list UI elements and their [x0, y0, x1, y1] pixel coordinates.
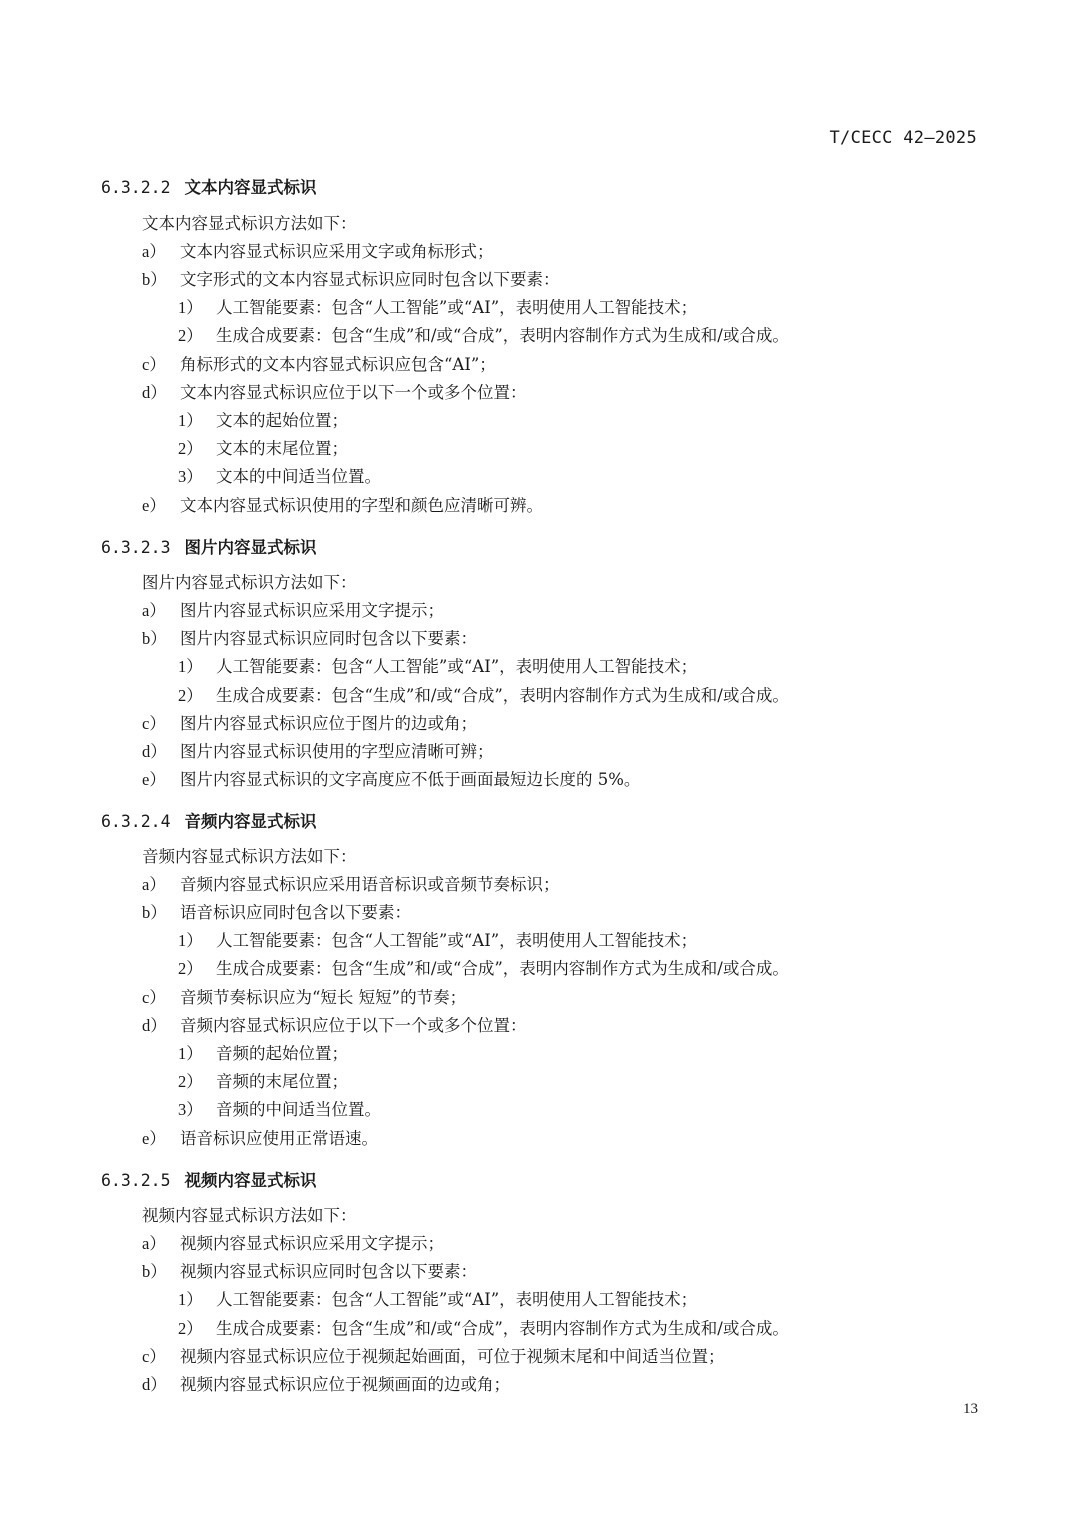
list-item: d）文本内容显式标识应位于以下一个或多个位置：: [142, 382, 527, 404]
item-text: 生成合成要素：包含“生成”和/或“合成”，表明内容制作方式为生成和/或合成。: [216, 1319, 789, 1338]
item-text: 生成合成要素：包含“生成”和/或“合成”，表明内容制作方式为生成和/或合成。: [216, 686, 789, 705]
item-marker: 2）: [178, 1318, 216, 1340]
section-number: 6.3.2.3: [101, 538, 171, 557]
section-heading: 6.3.2.4音频内容显式标识: [101, 811, 317, 833]
sub-item: 2）生成合成要素：包含“生成”和/或“合成”，表明内容制作方式为生成和/或合成。: [178, 958, 789, 980]
item-marker: d）: [142, 382, 180, 404]
item-marker: a）: [142, 241, 180, 263]
list-item: e）图片内容显式标识的文字高度应不低于画面最短边长度的 5%。: [142, 769, 640, 791]
item-marker: c）: [142, 1346, 180, 1368]
item-text: 音频节奏标识应为“短长 短短”的节奏；: [180, 988, 466, 1007]
sub-item: 1）人工智能要素：包含“人工智能”或“AI”，表明使用人工智能技术；: [178, 297, 697, 319]
item-marker: 1）: [178, 1289, 216, 1311]
item-marker: 2）: [178, 1071, 216, 1093]
item-marker: a）: [142, 1233, 180, 1255]
item-text: 图片内容显式标识应位于图片的边或角；: [180, 714, 477, 733]
list-item: a）文本内容显式标识应采用文字或角标形式；: [142, 241, 494, 263]
item-marker: c）: [142, 987, 180, 1009]
item-text: 音频内容显式标识应采用语音标识或音频节奏标识；: [180, 875, 560, 894]
list-item: c）视频内容显式标识应位于视频起始画面，可位于视频末尾和中间适当位置；: [142, 1346, 725, 1368]
sub-item: 2）文本的末尾位置；: [178, 438, 348, 460]
item-text: 图片内容显式标识使用的字型应清晰可辨；: [180, 742, 494, 761]
section-intro: 文本内容显式标识方法如下：: [142, 213, 357, 235]
item-marker: e）: [142, 769, 180, 791]
item-marker: b）: [142, 1261, 180, 1283]
list-item: c）角标形式的文本内容显式标识应包含“AI”；: [142, 354, 496, 376]
item-marker: c）: [142, 713, 180, 735]
item-marker: 2）: [178, 685, 216, 707]
list-item: c）音频节奏标识应为“短长 短短”的节奏；: [142, 987, 466, 1009]
item-marker: a）: [142, 600, 180, 622]
section-number: 6.3.2.5: [101, 1171, 171, 1190]
list-item: d）图片内容显式标识使用的字型应清晰可辨；: [142, 741, 494, 763]
item-text: 生成合成要素：包含“生成”和/或“合成”，表明内容制作方式为生成和/或合成。: [216, 959, 789, 978]
item-text: 文本的中间适当位置。: [216, 467, 381, 486]
sub-item: 3）文本的中间适当位置。: [178, 466, 381, 488]
section-heading: 6.3.2.3图片内容显式标识: [101, 537, 317, 559]
sub-item: 2）生成合成要素：包含“生成”和/或“合成”，表明内容制作方式为生成和/或合成。: [178, 325, 789, 347]
item-marker: c）: [142, 354, 180, 376]
item-text: 文本内容显式标识应采用文字或角标形式；: [180, 242, 494, 261]
item-text: 图片内容显式标识的文字高度应不低于画面最短边长度的 5%。: [180, 770, 640, 789]
item-text: 角标形式的文本内容显式标识应包含“AI”；: [180, 355, 496, 374]
list-item: b）视频内容显式标识应同时包含以下要素：: [142, 1261, 477, 1283]
item-text: 视频内容显式标识应位于视频画面的边或角；: [180, 1375, 510, 1394]
item-text: 语音标识应使用正常语速。: [180, 1129, 378, 1148]
list-item: c）图片内容显式标识应位于图片的边或角；: [142, 713, 477, 735]
list-item: d）视频内容显式标识应位于视频画面的边或角；: [142, 1374, 510, 1396]
section-intro: 音频内容显式标识方法如下：: [142, 846, 357, 868]
item-text: 音频的中间适当位置。: [216, 1100, 381, 1119]
section-title: 文本内容显式标识: [185, 178, 317, 197]
item-text: 音频的起始位置；: [216, 1044, 348, 1063]
item-marker: a）: [142, 874, 180, 896]
list-item: b）文字形式的文本内容显式标识应同时包含以下要素：: [142, 269, 560, 291]
section-intro: 视频内容显式标识方法如下：: [142, 1205, 357, 1227]
section-title: 图片内容显式标识: [185, 538, 317, 557]
item-marker: e）: [142, 495, 180, 517]
sub-item: 2）音频的末尾位置；: [178, 1071, 348, 1093]
item-marker: 3）: [178, 466, 216, 488]
section-title: 音频内容显式标识: [185, 812, 317, 831]
item-marker: b）: [142, 628, 180, 650]
sub-item: 1）音频的起始位置；: [178, 1043, 348, 1065]
item-marker: d）: [142, 1374, 180, 1396]
item-text: 图片内容显式标识应采用文字提示；: [180, 601, 444, 620]
item-text: 视频内容显式标识应采用文字提示；: [180, 1234, 444, 1253]
sub-item: 1）人工智能要素：包含“人工智能”或“AI”，表明使用人工智能技术；: [178, 656, 697, 678]
item-text: 文本的末尾位置；: [216, 439, 348, 458]
item-text: 音频的末尾位置；: [216, 1072, 348, 1091]
list-item: a）音频内容显式标识应采用语音标识或音频节奏标识；: [142, 874, 560, 896]
list-item: a）图片内容显式标识应采用文字提示；: [142, 600, 444, 622]
item-text: 视频内容显式标识应位于视频起始画面，可位于视频末尾和中间适当位置；: [180, 1347, 725, 1366]
item-marker: 3）: [178, 1099, 216, 1121]
section-heading: 6.3.2.2文本内容显式标识: [101, 177, 317, 199]
item-marker: 1）: [178, 410, 216, 432]
item-text: 音频内容显式标识应位于以下一个或多个位置：: [180, 1016, 527, 1035]
item-text: 视频内容显式标识应同时包含以下要素：: [180, 1262, 477, 1281]
item-marker: b）: [142, 902, 180, 924]
item-text: 人工智能要素：包含“人工智能”或“AI”，表明使用人工智能技术；: [216, 298, 697, 317]
item-text: 文字形式的文本内容显式标识应同时包含以下要素：: [180, 270, 560, 289]
list-item: e）文本内容显式标识使用的字型和颜色应清晰可辨。: [142, 495, 543, 517]
item-marker: d）: [142, 1015, 180, 1037]
section-intro: 图片内容显式标识方法如下：: [142, 572, 357, 594]
section-number: 6.3.2.4: [101, 812, 171, 831]
item-marker: 2）: [178, 438, 216, 460]
item-marker: 1）: [178, 1043, 216, 1065]
sub-item: 2）生成合成要素：包含“生成”和/或“合成”，表明内容制作方式为生成和/或合成。: [178, 685, 789, 707]
item-marker: 1）: [178, 656, 216, 678]
item-marker: 2）: [178, 325, 216, 347]
sub-item: 1）文本的起始位置；: [178, 410, 348, 432]
list-item: b）图片内容显式标识应同时包含以下要素：: [142, 628, 477, 650]
section-heading: 6.3.2.5视频内容显式标识: [101, 1170, 317, 1192]
sub-item: 3）音频的中间适当位置。: [178, 1099, 381, 1121]
list-item: b）语音标识应同时包含以下要素：: [142, 902, 411, 924]
standard-code: T/CECC 42—2025: [830, 128, 978, 148]
section-title: 视频内容显式标识: [185, 1171, 317, 1190]
item-text: 人工智能要素：包含“人工智能”或“AI”，表明使用人工智能技术；: [216, 931, 697, 950]
sub-item: 2）生成合成要素：包含“生成”和/或“合成”，表明内容制作方式为生成和/或合成。: [178, 1318, 789, 1340]
list-item: a）视频内容显式标识应采用文字提示；: [142, 1233, 444, 1255]
page-number: 13: [963, 1401, 978, 1418]
item-text: 文本的起始位置；: [216, 411, 348, 430]
item-text: 人工智能要素：包含“人工智能”或“AI”，表明使用人工智能技术；: [216, 657, 697, 676]
sub-item: 1）人工智能要素：包含“人工智能”或“AI”，表明使用人工智能技术；: [178, 1289, 697, 1311]
item-marker: d）: [142, 741, 180, 763]
item-text: 人工智能要素：包含“人工智能”或“AI”，表明使用人工智能技术；: [216, 1290, 697, 1309]
section-number: 6.3.2.2: [101, 178, 171, 197]
item-text: 文本内容显式标识应位于以下一个或多个位置：: [180, 383, 527, 402]
item-marker: 1）: [178, 297, 216, 319]
item-marker: e）: [142, 1128, 180, 1150]
item-marker: 2）: [178, 958, 216, 980]
item-text: 生成合成要素：包含“生成”和/或“合成”，表明内容制作方式为生成和/或合成。: [216, 326, 789, 345]
item-text: 图片内容显式标识应同时包含以下要素：: [180, 629, 477, 648]
item-text: 语音标识应同时包含以下要素：: [180, 903, 411, 922]
item-marker: b）: [142, 269, 180, 291]
list-item: e）语音标识应使用正常语速。: [142, 1128, 378, 1150]
sub-item: 1）人工智能要素：包含“人工智能”或“AI”，表明使用人工智能技术；: [178, 930, 697, 952]
item-marker: 1）: [178, 930, 216, 952]
list-item: d）音频内容显式标识应位于以下一个或多个位置：: [142, 1015, 527, 1037]
item-text: 文本内容显式标识使用的字型和颜色应清晰可辨。: [180, 496, 543, 515]
